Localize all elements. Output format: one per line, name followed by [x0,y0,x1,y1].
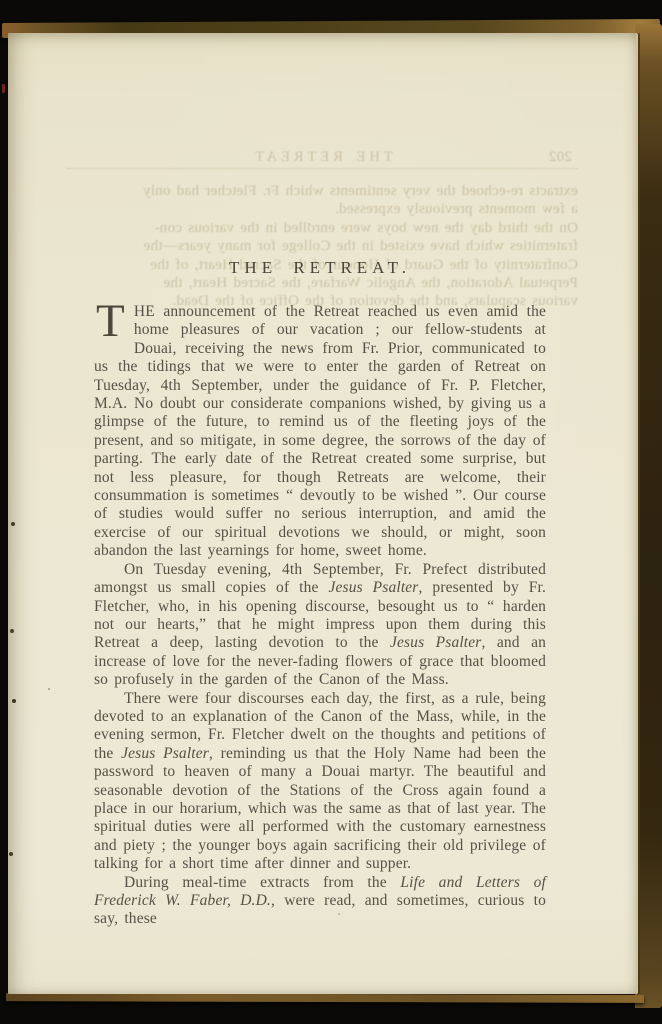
book-cover-right-edge [635,24,662,1008]
paragraph-run: , reminding us that the Holy Name had be… [94,745,546,872]
drop-cap: T [94,303,134,340]
paragraph-run: During meal-time extracts from the [124,874,400,891]
paragraph: There were four discourses each day, the… [94,690,546,874]
chapter-title: THE RETREAT. [94,256,546,280]
text-block: THE RETREAT. THE announcement of the Ret… [94,256,546,929]
paragraph-run: HE announcement of the Retreat reached u… [94,303,546,559]
showthrough-line: a few moments previously expressed. [66,200,578,218]
showthrough-line: On the third day the new boys were enrol… [66,219,578,237]
paragraph: On Tuesday evening, 4th September, Fr. P… [94,561,546,690]
italic-book-title: Jesus Psalter [328,579,418,596]
italic-book-title: Jesus Psalter [390,634,482,651]
book-page: 202 THE RETREAT extracts re-echoed the v… [8,33,636,994]
showthrough-rule [66,168,578,169]
showthrough-folio: 202 [549,149,572,165]
book-bottom-edge [6,993,644,1003]
page-specks [8,33,10,35]
paragraph: During meal-time extracts from the Life … [94,874,546,929]
showthrough-line: extracts re-echoed the very sentiments w… [66,182,578,200]
showthrough-running-header: THE RETREAT [66,149,578,165]
italic-book-title: Jesus Psalter [121,745,209,762]
book-scan: 202 THE RETREAT extracts re-echoed the v… [0,0,662,1024]
showthrough-line: fraternities which have existed in the C… [66,237,578,255]
showthrough-header: 202 THE RETREAT [66,149,578,167]
paragraph: THE announcement of the Retreat reached … [94,303,546,561]
spine-speck [2,84,5,93]
